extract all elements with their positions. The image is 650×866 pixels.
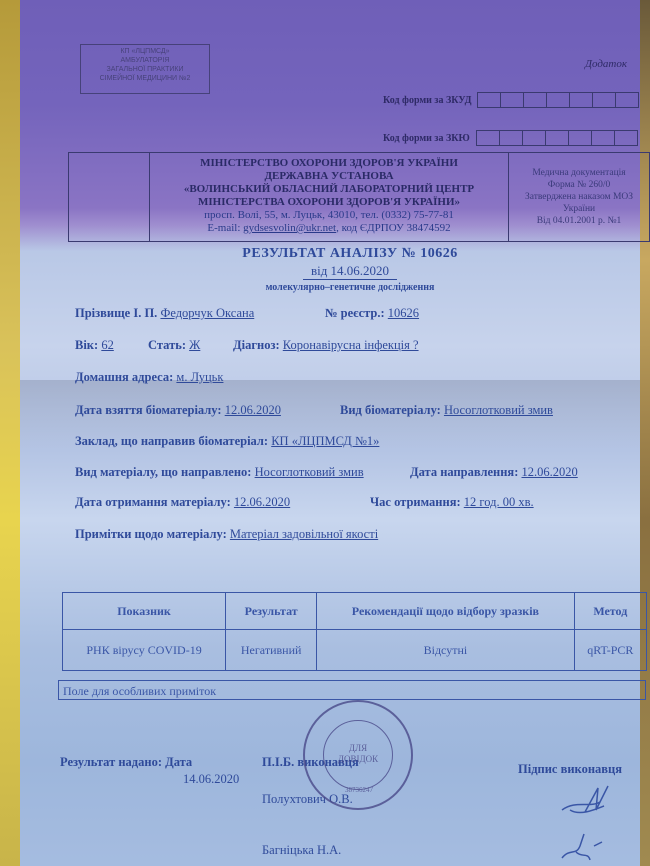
material-notes-field: Примітки щодо матеріалу: Матеріал задові… <box>75 527 378 542</box>
title-subtitle: молекулярно–генетичне дослідження <box>200 282 500 293</box>
document-header: МІНІСТЕРСТВО ОХОРОНИ ЗДОРОВ'Я УКРАЇНИ ДЕ… <box>68 152 650 242</box>
received-date-field: Дата отримання матеріалу: 12.06.2020 <box>75 495 290 510</box>
signature-1-icon <box>560 780 620 820</box>
home-address-field: Домашня адреса: м. Луцьк <box>75 370 223 385</box>
sample-taken-date-field: Дата взяття біоматеріалу: 12.06.2020 <box>75 403 281 418</box>
received-time-field: Час отримання: 12 год. 00 хв. <box>370 495 534 510</box>
title-main: РЕЗУЛЬТАТ АНАЛІЗУ № 10626 <box>200 246 500 262</box>
column-header: Метод <box>574 593 646 630</box>
method-cell: qRT-PCR <box>574 630 646 671</box>
result-cell: Негативний <box>226 630 317 671</box>
special-notes-box: Поле для особливих приміток <box>58 680 646 700</box>
org-line: «ВОЛИНСЬКИЙ ОБЛАСНИЙ ЛАБОРАТОРНИЙ ЦЕНТР <box>150 183 508 196</box>
appendix-label: Додаток <box>585 58 627 70</box>
stamp-line: СІМЕЙНОЇ МЕДИЦИНИ №2 <box>81 74 209 83</box>
code-zkyu-boxes <box>476 130 638 146</box>
patient-name-field: Прізвище І. П. Федорчук Оксана <box>75 306 254 321</box>
biomaterial-type-field: Вид біоматеріалу: Носоглотковий змив <box>340 403 553 418</box>
result-given-date: 14.06.2020 <box>183 772 239 787</box>
code-zkyu-label: Код форми за ЗКЮ <box>383 133 470 144</box>
code-zkud-boxes <box>477 92 639 108</box>
signature-2-icon <box>558 828 608 864</box>
code-zkyu-row: Код форми за ЗКЮ <box>383 130 638 146</box>
org-address: просп. Волі, 55, м. Луцьк, 43010, тел. (… <box>150 209 508 222</box>
code-zkud-label: Код форми за ЗКУД <box>383 95 471 106</box>
org-email-link[interactable]: gydsesvolin@ukr.net <box>243 222 336 234</box>
referring-institution-field: Заклад, що направив біоматеріал: КП «ЛЦП… <box>75 434 379 449</box>
official-seal: ДЛЯ ДОВІДОК 38736247 <box>303 700 413 810</box>
org-line: МІНІСТЕРСТВО ОХОРОНИ ЗДОРОВ'Я УКРАЇНИ <box>150 157 508 170</box>
org-line: ДЕРЖАВНА УСТАНОВА <box>150 170 508 183</box>
sex-field: Стать: Ж <box>148 338 200 353</box>
result-given-label: Результат надано: Дата <box>60 755 192 770</box>
org-contacts: E-mail: gydsesvolin@ukr.net, код ЄДРПОУ … <box>150 222 508 235</box>
stamp-line: КП «ЛЦПМСД» <box>81 47 209 56</box>
clinic-stamp: КП «ЛЦПМСД» АМБУЛАТОРІЯ ЗАГАЛЬНОЇ ПРАКТИ… <box>80 44 210 94</box>
org-line: МІНІСТЕРСТВА ОХОРОНИ ЗДОРОВ'Я УКРАЇНИ» <box>150 196 508 209</box>
seal-number: 38736247 <box>345 786 373 794</box>
results-header-row: Показник Результат Рекомендації щодо від… <box>63 593 647 630</box>
signature-label: Підпис виконавця <box>518 762 622 777</box>
stamp-line: АМБУЛАТОРІЯ <box>81 56 209 65</box>
header-form-info: Медична документація Форма № 260/0 Затве… <box>509 153 649 241</box>
executor-name-2: Багніцька Н.А. <box>262 843 341 858</box>
column-header: Показник <box>63 593 226 630</box>
diagnosis-field: Діагноз: Коронавірусна інфекція ? <box>233 338 419 353</box>
seal-center: ДЛЯ ДОВІДОК <box>323 720 393 790</box>
header-organization: МІНІСТЕРСТВО ОХОРОНИ ЗДОРОВ'Я УКРАЇНИ ДЕ… <box>150 153 509 241</box>
column-header: Результат <box>226 593 317 630</box>
result-title: РЕЗУЛЬТАТ АНАЛІЗУ № 10626 від 14.06.2020… <box>200 246 500 293</box>
sent-date-field: Дата направлення: 12.06.2020 <box>410 465 578 480</box>
sent-material-type-field: Вид матеріалу, що направлено: Носоглотко… <box>75 465 364 480</box>
table-row: РНК вірусу COVID-19 Негативний Відсутні … <box>63 630 647 671</box>
code-zkud-row: Код форми за ЗКУД <box>383 92 639 108</box>
header-logo-cell <box>69 153 150 241</box>
stamp-line: ЗАГАЛЬНОЇ ПРАКТИКИ <box>81 65 209 74</box>
results-table: Показник Результат Рекомендації щодо від… <box>62 592 647 671</box>
age-field: Вік: 62 <box>75 338 114 353</box>
indicator-cell: РНК вірусу COVID-19 <box>63 630 226 671</box>
registry-number-field: № реєстр.: 10626 <box>325 306 419 321</box>
recommendation-cell: Відсутні <box>317 630 574 671</box>
column-header: Рекомендації щодо відбору зразків <box>317 593 574 630</box>
title-date: від 14.06.2020 <box>303 263 397 280</box>
